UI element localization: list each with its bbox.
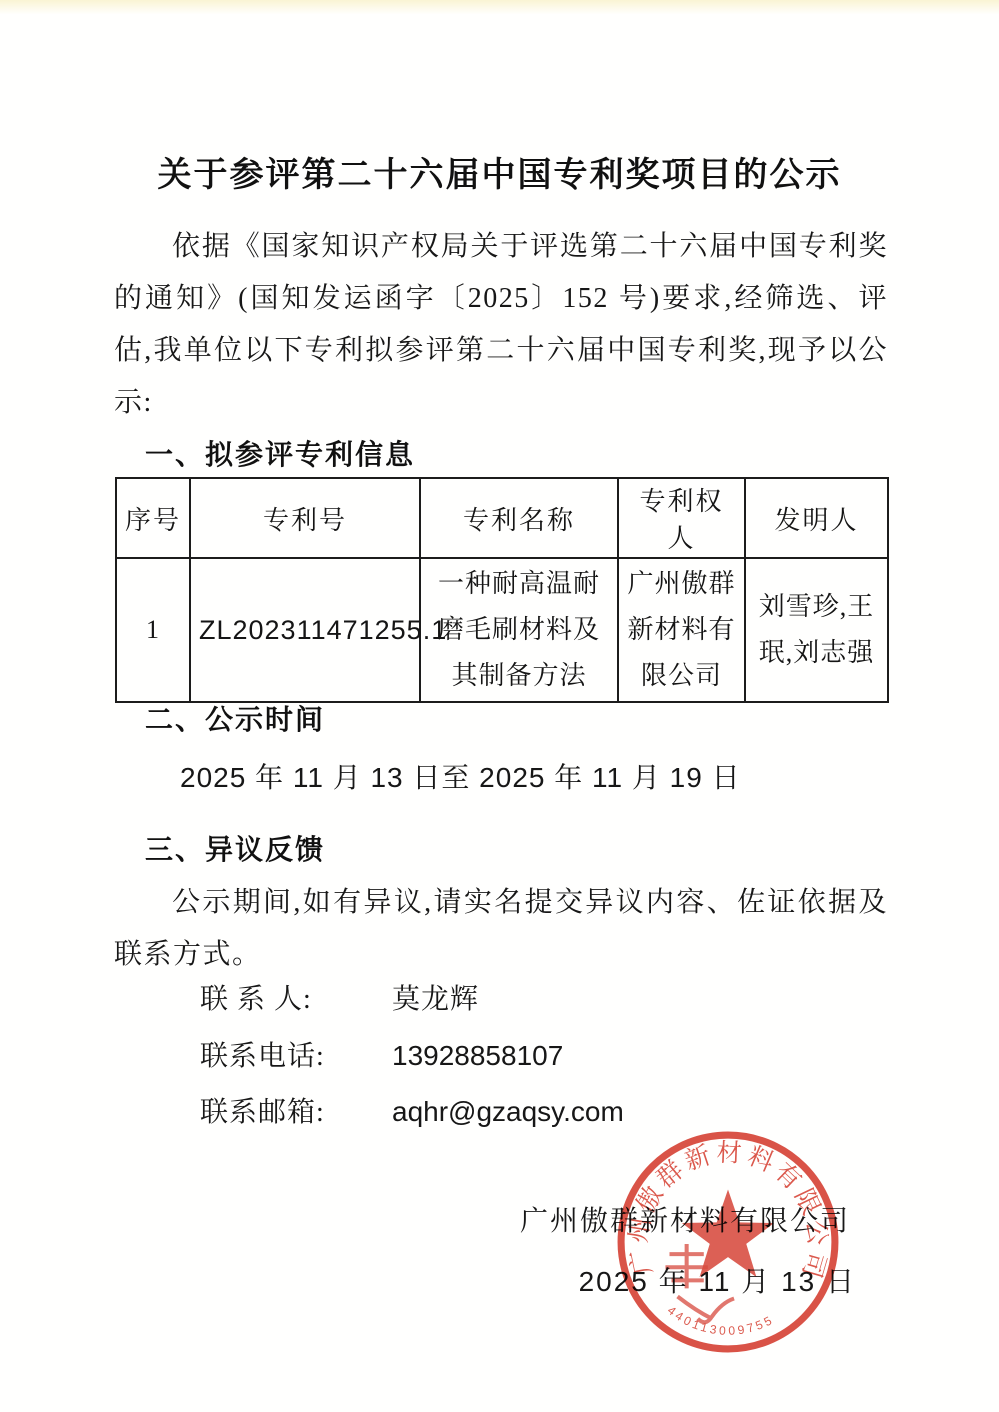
contact-person-value: 莫龙辉 xyxy=(392,984,479,1015)
seal-star-icon xyxy=(682,1190,774,1278)
header-patent-no: 专利号 xyxy=(190,478,420,558)
contact-email-label: 联系邮箱: xyxy=(200,1095,392,1131)
feedback-paragraph: 公示期间,如有异议,请实名提交异议内容、佐证依据及联系方式。 xyxy=(114,877,888,981)
section-1-heading: 一、拟参评专利信息 xyxy=(145,433,415,473)
table-header-row: 序号 专利号 专利名称 专利权人 发明人 xyxy=(116,478,888,558)
header-inventors: 发明人 xyxy=(745,478,888,558)
cell-patentee: 广州傲群新材料有限公司 xyxy=(618,558,745,702)
header-serial-no: 序号 xyxy=(116,478,190,558)
section-2-heading: 二、公示时间 xyxy=(145,698,325,738)
cell-inventors: 刘雪珍,王珉,刘志强 xyxy=(745,558,888,702)
scan-artifact-band xyxy=(0,0,999,16)
cell-serial-no: 1 xyxy=(116,558,190,702)
header-patent-name: 专利名称 xyxy=(420,478,618,558)
table-row: 1 ZL202311471255.1 一种耐高温耐磨毛刷材料及其制备方法 广州傲… xyxy=(116,558,888,702)
contact-person-line: 联 系 人:莫龙辉 xyxy=(200,982,624,1038)
contact-phone-value: 13928858107 xyxy=(392,1040,563,1071)
contact-phone-line: 联系电话:13928858107 xyxy=(200,1038,624,1094)
contact-block: 联 系 人:莫龙辉 联系电话:13928858107 联系邮箱:aqhr@gza… xyxy=(200,982,624,1150)
patent-info-table: 序号 专利号 专利名称 专利权人 发明人 1 ZL202311471255.1 … xyxy=(115,477,889,703)
section-3-heading: 三、异议反馈 xyxy=(145,828,325,868)
publicity-period: 2025 年 11 月 13 日至 2025 年 11 月 19 日 xyxy=(180,756,741,796)
announcement-document: 关于参评第二十六届中国专利奖项目的公示 依据《国家知识产权局关于评选第二十六届中… xyxy=(0,0,999,1412)
cell-patent-no: ZL202311471255.1 xyxy=(190,558,420,702)
intro-paragraph: 依据《国家知识产权局关于评选第二十六届中国专利奖的通知》(国知发运函字〔2025… xyxy=(114,221,888,429)
contact-email-value: aqhr@gzaqsy.com xyxy=(392,1096,624,1127)
contact-phone-label: 联系电话: xyxy=(200,1039,392,1075)
page-title: 关于参评第二十六届中国专利奖项目的公示 xyxy=(0,147,999,196)
company-seal-stamp: 广州傲群新材料有限公司 440113009755 xyxy=(613,1127,843,1357)
contact-email-line: 联系邮箱:aqhr@gzaqsy.com xyxy=(200,1094,624,1150)
cell-patent-name: 一种耐高温耐磨毛刷材料及其制备方法 xyxy=(420,558,618,702)
header-patentee: 专利权人 xyxy=(618,478,745,558)
contact-person-label: 联 系 人: xyxy=(200,982,392,1018)
